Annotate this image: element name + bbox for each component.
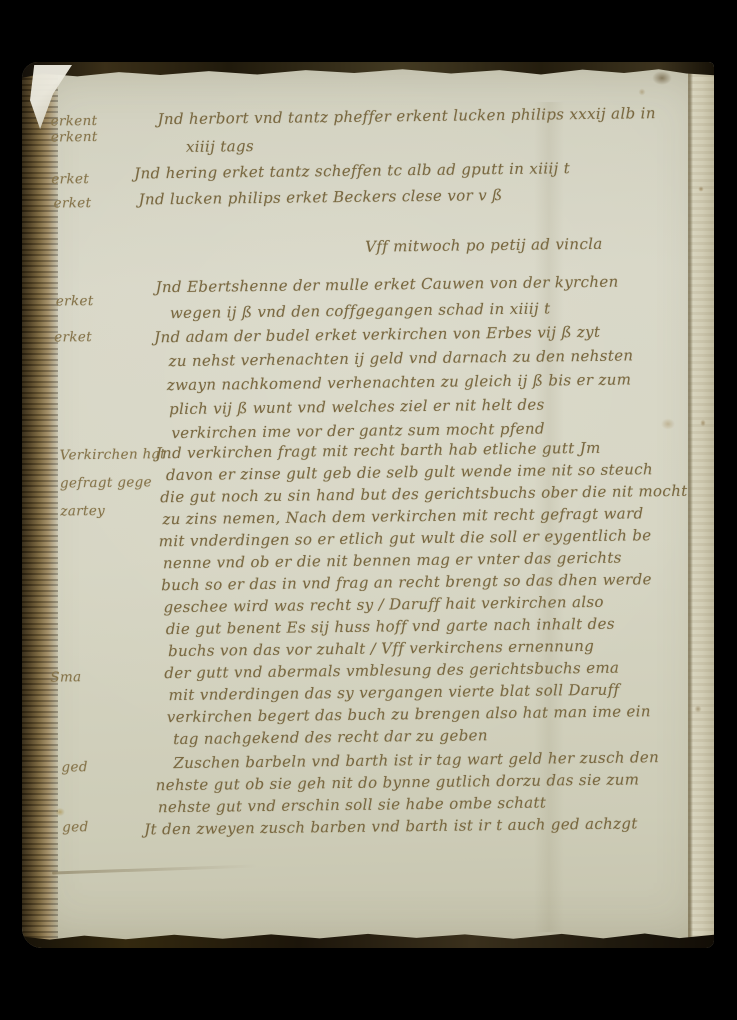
handwritten-text-layer: Vff mitwoch po petij ad vincla Sma erken… — [17, 57, 720, 951]
text-line: xiiij tags — [186, 139, 254, 155]
text-line: mit vnderdingen das sy vergangen vierte … — [169, 683, 620, 704]
margin-note: erket — [54, 197, 92, 211]
text-line: Jnd adam der budel erket verkirchen von … — [154, 325, 600, 345]
text-line: buch so er das in vnd frag an recht bren… — [161, 572, 652, 593]
margin-note: gefragt gege — [60, 476, 152, 491]
margin-note-sma: Sma — [50, 671, 81, 685]
text-line: mit vnderdingen so er etlich gut wult di… — [159, 528, 652, 549]
text-line: plich vij ß wunt vnd welches ziel er nit… — [169, 398, 545, 418]
text-line: Jnd herbort vnd tantz pheffer erkent luc… — [157, 106, 655, 127]
text-line: verkirchen begert das buch zu brengen al… — [167, 704, 651, 725]
margin-note: erkent — [51, 131, 98, 145]
text-line: zu nehst verhenachten ij geld vnd darnac… — [168, 348, 633, 369]
margin-note: erket — [51, 173, 89, 187]
text-line: Jt den zweyen zusch barben vnd barth ist… — [144, 816, 638, 837]
text-line: zwayn nachkomend verhenachten zu gleich … — [167, 372, 632, 393]
margin-note: ged — [61, 761, 87, 775]
date-heading: Vff mitwoch po petij ad vincla — [365, 237, 603, 255]
text-line: Jnd Ebertshenne der mulle erket Cauwen v… — [156, 275, 619, 296]
text-line: verkirchen ime vor der gantz sum mocht p… — [171, 422, 545, 442]
text-line: Jnd hering erket tantz scheffen tc alb a… — [134, 161, 570, 181]
text-line: davon er zinse gult geb die selb gult we… — [166, 462, 653, 483]
text-line: Zuschen barbeln vnd barth ist ir tag war… — [173, 750, 659, 771]
text-line: nehste gut ob sie geh nit do bynne gutli… — [156, 772, 640, 793]
margin-note: erket — [54, 331, 92, 345]
text-line: nehste gut vnd erschin soll sie habe omb… — [158, 796, 546, 816]
text-line: Jnd lucken philips erket Beckers clese v… — [138, 188, 502, 207]
text-line: zu zins nemen, Nach dem verkirchen mit r… — [162, 506, 643, 527]
text-line: tag nachgekend des recht dar zu geben — [173, 728, 488, 747]
text-line: nenne vnd ob er die nit bennen mag er vn… — [163, 551, 622, 572]
text-line: die gut benent Es sij huss hoff vnd gart… — [166, 617, 615, 637]
text-line: Jnd verkirchen fragt mit recht barth hab… — [156, 441, 601, 461]
text-line: der gutt vnd abermals vmblesung des geri… — [164, 661, 619, 682]
margin-note: erket — [56, 295, 94, 309]
margin-note: Verkirchen hat — [60, 448, 166, 463]
margin-note: zartey — [60, 505, 105, 519]
text-line: geschee wird was recht sy / Daruff hait … — [163, 595, 604, 615]
margin-note: ged — [62, 821, 88, 835]
text-line: die gut noch zu sin hand but des gericht… — [160, 484, 688, 505]
text-line: wegen ij ß vnd den coffgegangen schad in… — [170, 301, 551, 321]
text-line: buchs von das vor zuhalt / Vff verkirche… — [168, 639, 594, 659]
manuscript-page: Vff mitwoch po petij ad vincla Sma erken… — [22, 62, 714, 948]
margin-note: erkent — [51, 115, 98, 129]
